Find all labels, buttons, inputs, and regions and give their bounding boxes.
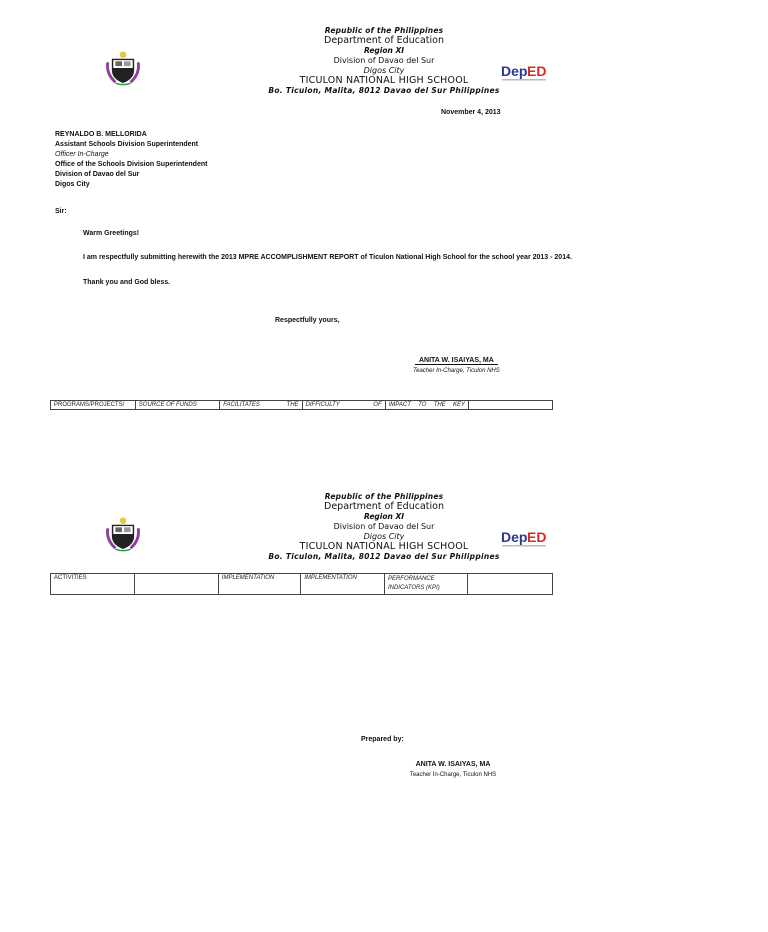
letter-thanks: Thank you and God bless. — [83, 278, 170, 288]
recipient-name: REYNALDO B. MELLORIDA — [55, 130, 207, 140]
letter-closing: Respectfully yours, — [275, 316, 340, 326]
table-row: PROGRAMS/PROJECTS/ SOURCE OF FUNDS FACIL… — [51, 401, 553, 410]
table-cell: PROGRAMS/PROJECTS/ — [51, 401, 136, 410]
signatory-title: Teacher In-Charge, Ticulon NHS — [413, 366, 500, 376]
letterhead-division: Division of Davao del Sur — [0, 56, 768, 66]
letterhead-department: Department of Education — [0, 502, 768, 512]
letterhead-page-2: Republic of the Philippines Department o… — [0, 492, 768, 562]
table-cell: IMPACTTOTHEKEY — [385, 401, 468, 410]
recipient-city: Digos City — [55, 180, 207, 190]
table-cell: DIFFICULTYOF — [302, 401, 385, 410]
table-cell — [135, 574, 219, 595]
footer-signatory-title: Teacher In-Charge, Ticulon NHS — [395, 770, 511, 780]
signatory-name: ANITA W. ISAIYAS, MA — [415, 357, 498, 365]
letterhead-division: Division of Davao del Sur — [0, 522, 768, 532]
table-row: ACTIVITIES IMPLEMENTATION IMPLEMENTATION… — [51, 574, 553, 595]
table-cell — [468, 574, 553, 595]
letterhead-department: Department of Education — [0, 36, 768, 46]
recipient-block: REYNALDO B. MELLORIDA Assistant Schools … — [55, 130, 207, 190]
letter-body: I am respectfully submitting herewith th… — [83, 253, 572, 263]
table-cell: IMPLEMENTATION — [301, 574, 385, 595]
letter-date: November 4, 2013 — [441, 108, 501, 118]
recipient-office: Office of the Schools Division Superinte… — [55, 160, 207, 170]
recipient-title: Assistant Schools Division Superintenden… — [55, 140, 207, 150]
activities-table-header: ACTIVITIES IMPLEMENTATION IMPLEMENTATION… — [50, 573, 553, 595]
signature-block: ANITA W. ISAIYAS, MA Teacher In-Charge, … — [413, 356, 500, 376]
table-cell: ACTIVITIES — [51, 574, 135, 595]
footer-signature-block: ANITA W. ISAIYAS, MA Teacher In-Charge, … — [395, 760, 511, 780]
table-cell: FACILITATESTHE — [220, 401, 302, 410]
recipient-role: Officer In-Charge — [55, 150, 207, 160]
greeting: Warm Greetings! — [83, 229, 139, 239]
table-cell: SOURCE OF FUNDS — [135, 401, 219, 410]
letterhead-region: Region XI — [0, 46, 768, 56]
recipient-division: Division of Davao del Sur — [55, 170, 207, 180]
letterhead-region: Region XI — [0, 512, 768, 522]
salutation: Sir: — [55, 207, 67, 217]
footer-signatory-name: ANITA W. ISAIYAS, MA — [395, 760, 511, 770]
letterhead-school: TICULON NATIONAL HIGH SCHOOL — [0, 542, 768, 552]
table-cell: PERFORMANCE INDICATORS (KPI) — [384, 574, 467, 595]
prepared-by-label: Prepared by: — [361, 735, 404, 745]
letterhead-address: Bo. Ticulon, Malita, 8012 Davao del Sur … — [0, 86, 768, 96]
letterhead: Republic of the Philippines Department o… — [0, 26, 768, 96]
letterhead-address: Bo. Ticulon, Malita, 8012 Davao del Sur … — [0, 552, 768, 562]
table-cell — [469, 401, 553, 410]
programs-table-header: PROGRAMS/PROJECTS/ SOURCE OF FUNDS FACIL… — [50, 400, 553, 410]
table-cell: IMPLEMENTATION — [218, 574, 301, 595]
letterhead-school: TICULON NATIONAL HIGH SCHOOL — [0, 76, 768, 86]
